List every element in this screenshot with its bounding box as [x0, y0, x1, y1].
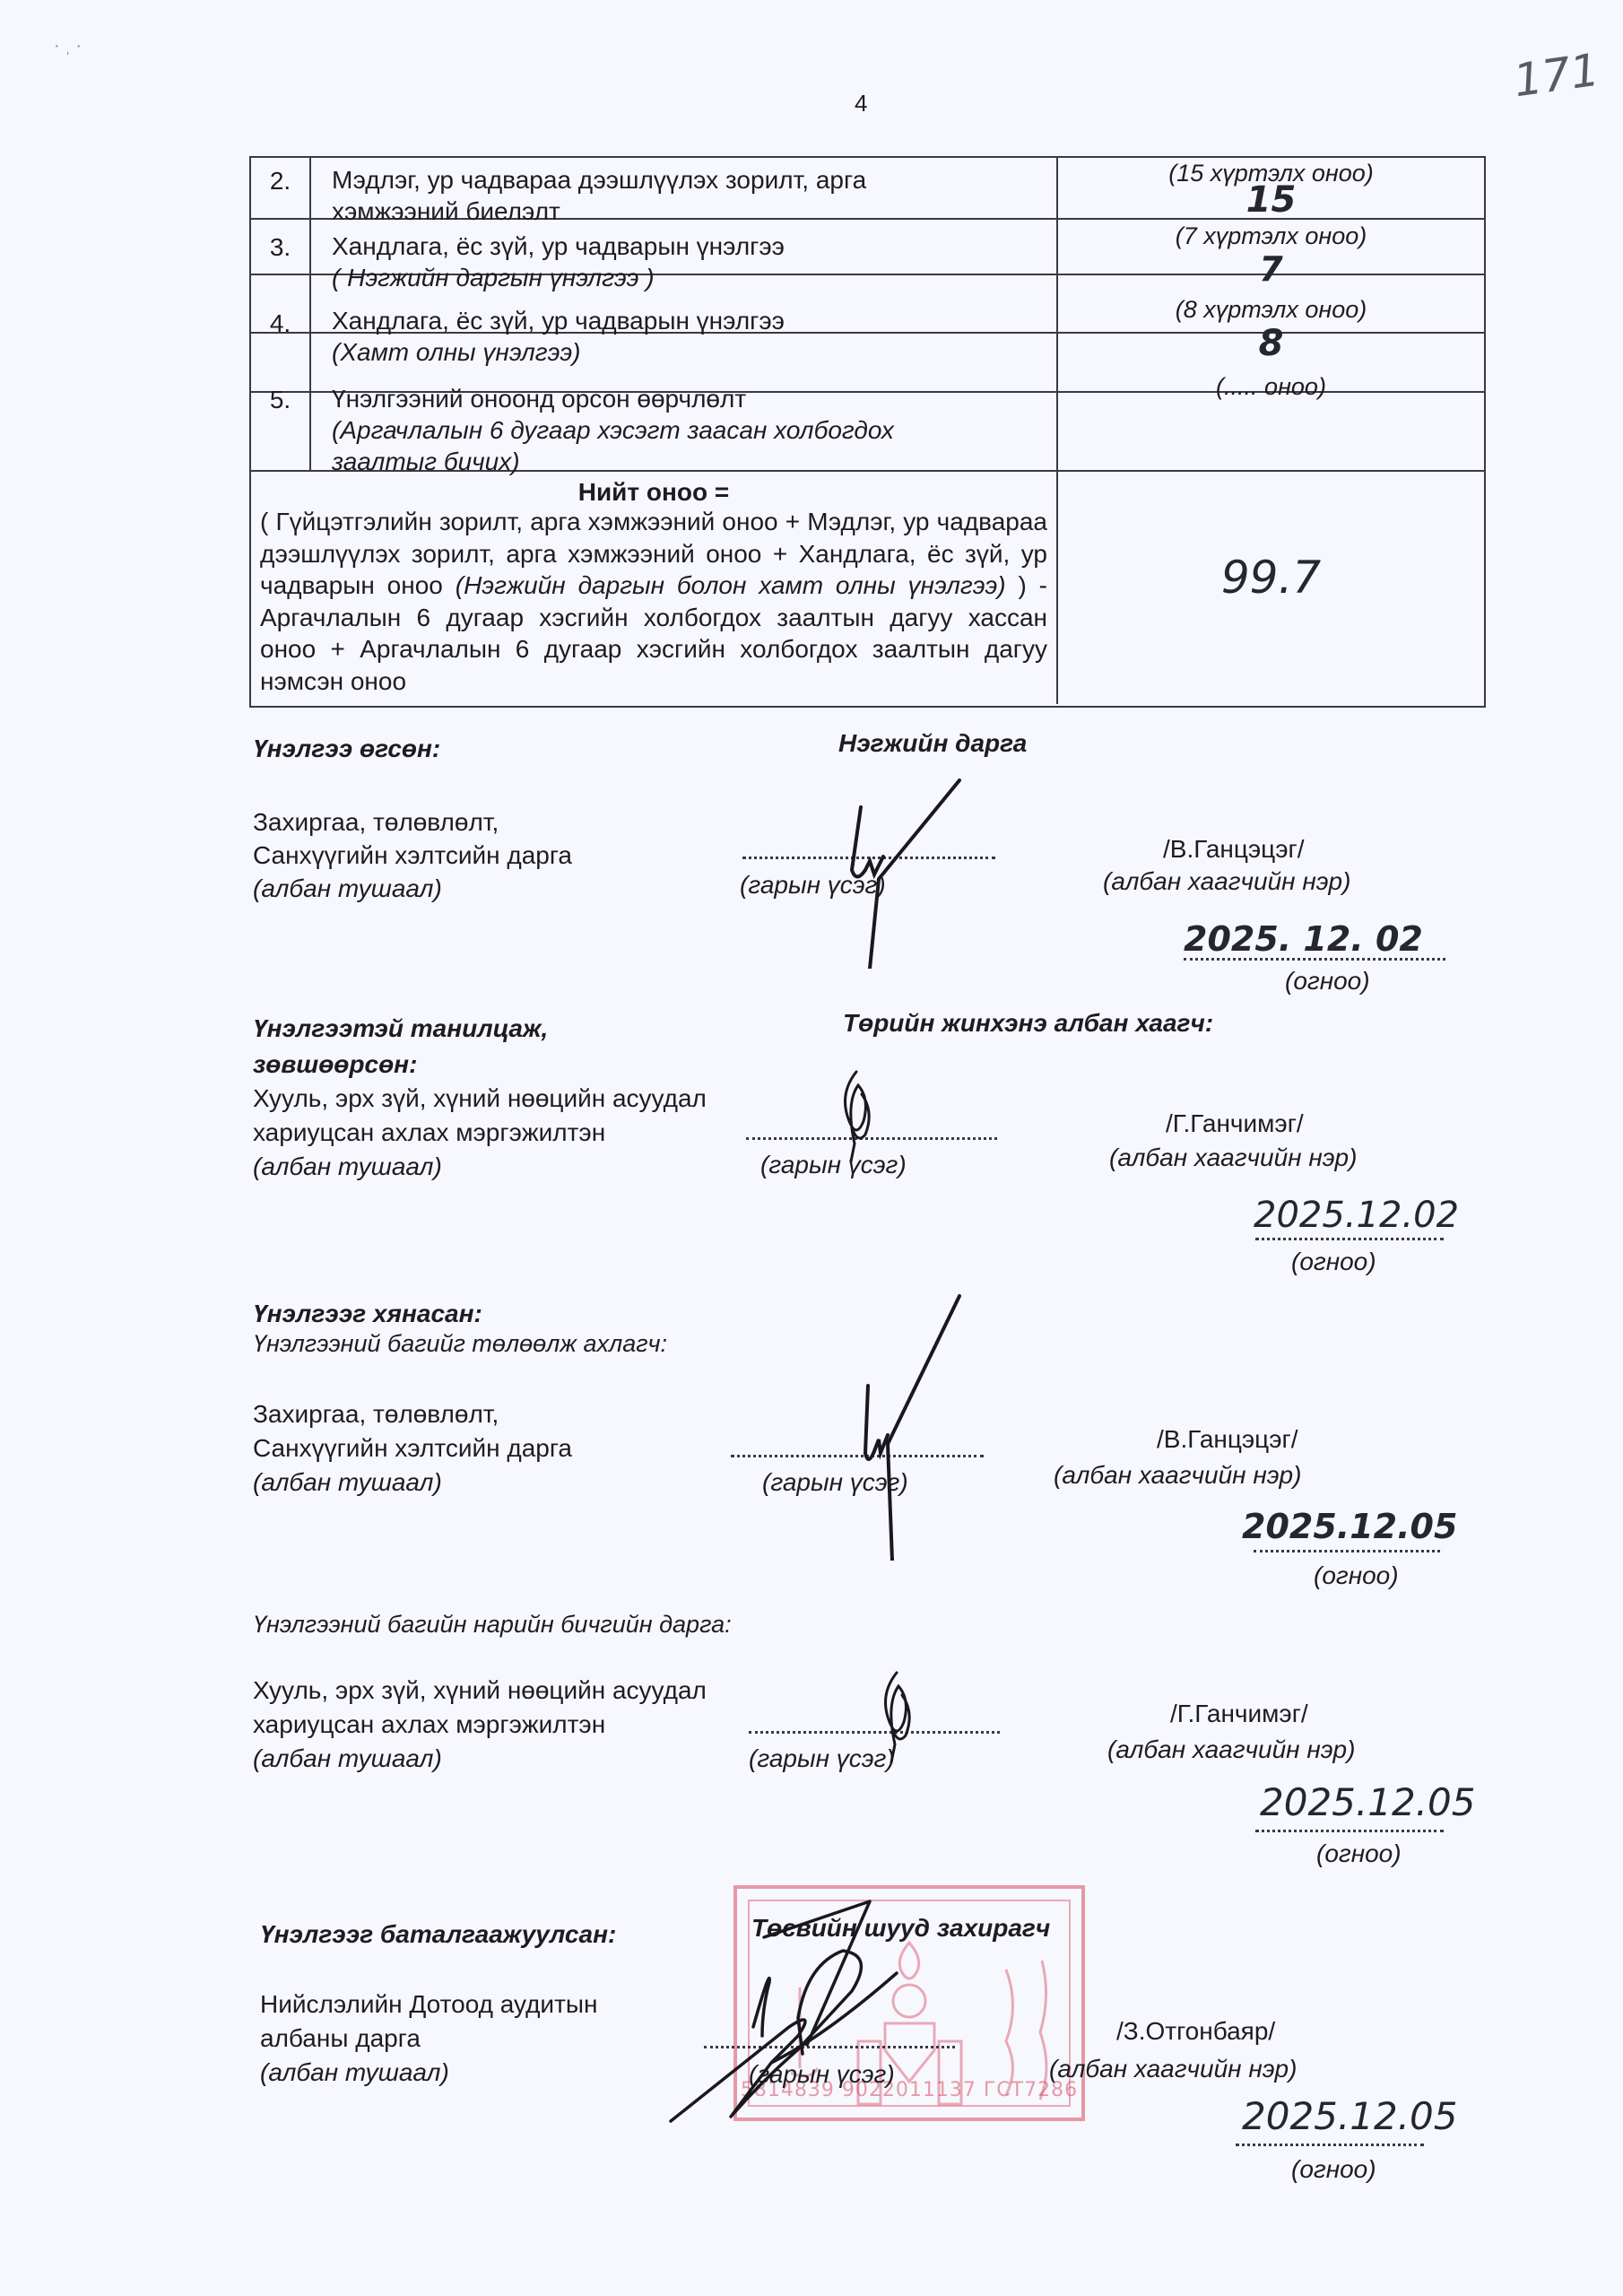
- section-subheading: Үнэлгээний багийн нарийн бичгийн дарга:: [253, 1610, 732, 1639]
- position-label: (албан тушаал): [253, 1467, 442, 1498]
- handwritten-score: 15: [1058, 179, 1484, 221]
- criterion-line: Үнэлгээний оноонд орсон өөрчлөлт: [332, 383, 977, 414]
- row-number: 5.: [251, 386, 309, 414]
- signer-role: Төрийн жинхэнэ албан хаагч:: [843, 1008, 1213, 1039]
- signature-icon: [664, 1883, 950, 2126]
- section-heading: зөвшөөрсөн:: [253, 1049, 417, 1080]
- date-line: [1236, 2144, 1424, 2146]
- date-line: [1255, 1238, 1444, 1240]
- criterion-subline: ( Нэгжийн даргын үнэлгээ ): [332, 262, 1040, 293]
- handwritten-date: 2025.12.05: [1242, 2094, 1457, 2138]
- row-number: 3.: [251, 233, 309, 262]
- criterion-line: хэмжээний биелэлт: [332, 196, 979, 227]
- date-line: [1254, 1550, 1440, 1552]
- employee-name-label: (албан хаагчийн нэр): [1054, 1460, 1301, 1491]
- signature-icon: [870, 1668, 924, 1767]
- criterion-subline: (Аргачлалын 6 дугаар хэсэгт заасан холбо…: [332, 414, 977, 477]
- total-score-formula: ( Гүйцэтгэлийн зорилт, арга хэмжээний он…: [260, 506, 1047, 697]
- handwritten-total-score: 99.7: [1058, 552, 1484, 604]
- scan-artifact: · ˌ ·: [54, 36, 82, 57]
- handwritten-score: 7: [1058, 249, 1484, 289]
- handwritten-date: 2025.12.05: [1242, 1507, 1457, 1546]
- position-line: Санхүүгийн хэлтсийн дарга: [253, 1433, 572, 1464]
- position-line: Захиргаа, төлөвлөлт,: [253, 807, 499, 838]
- employee-name-label: (албан хаагчийн нэр): [1103, 866, 1350, 897]
- page-number: 4: [855, 90, 867, 117]
- position-label: (албан тушаал): [260, 2057, 449, 2088]
- employee-name: /Г.Ганчимэг/: [1166, 1109, 1304, 1139]
- employee-name-label: (албан хаагчийн нэр): [1107, 1735, 1355, 1765]
- row-criterion-text: Хандлага, ёс зүй, ур чадварын үнэлгээ (Х…: [332, 305, 1040, 368]
- criterion-subline: (Хамт олны үнэлгээ): [332, 336, 1040, 368]
- criterion-line: Мэдлэг, ур чадвараа дээшлүүлэх зорилт, а…: [332, 164, 979, 196]
- max-score-label: (..... оноо): [1058, 373, 1484, 401]
- handwritten-score: 8: [1058, 323, 1484, 364]
- section-heading: Үнэлгээтэй танилцаж,: [253, 1013, 548, 1044]
- date-label: (огноо): [1314, 1561, 1399, 1591]
- table-col-divider: [309, 156, 311, 470]
- date-label: (огноо): [1291, 2154, 1376, 2185]
- position-line: хариуцсан ахлах мэргэжилтэн: [253, 1118, 605, 1148]
- handwritten-date: 2025.12.05: [1260, 1780, 1475, 1824]
- max-score-label: (7 хүртэлх оноо): [1058, 222, 1484, 250]
- date-label: (огноо): [1285, 966, 1370, 996]
- employee-name: /В.Ганцэцэг/: [1157, 1424, 1298, 1455]
- position-line: хариуцсан ахлах мэргэжилтэн: [253, 1709, 605, 1740]
- formula-italic-text: (Нэгжийн даргын болон хамт олны үнэлгээ): [456, 571, 1006, 599]
- total-score-title: Нийт оноо =: [251, 478, 1056, 507]
- section-heading: Үнэлгээ өгсөн:: [253, 734, 440, 764]
- position-label: (албан тушаал): [253, 874, 442, 904]
- employee-name-label: (албан хаагчийн нэр): [1109, 1143, 1357, 1173]
- handwritten-folio-number: 171: [1510, 44, 1602, 108]
- row-criterion-text: Мэдлэг, ур чадвараа дээшлүүлэх зорилт, а…: [332, 164, 979, 227]
- row-criterion-text: Хандлага, ёс зүй, ур чадварын үнэлгээ ( …: [332, 230, 1040, 293]
- row-number: 2.: [251, 167, 309, 196]
- signature-icon: [829, 1067, 883, 1166]
- position-line: Захиргаа, төлөвлөлт,: [253, 1399, 499, 1430]
- signature-icon: [834, 771, 977, 969]
- position-line: Санхүүгийн хэлтсийн дарга: [253, 840, 572, 871]
- handwritten-date: 2025.12.02: [1254, 1195, 1459, 1236]
- date-label: (огноо): [1291, 1247, 1376, 1277]
- section-heading: Үнэлгээг баталгаажуулсан:: [260, 1919, 616, 1950]
- position-label: (албан тушаал): [253, 1744, 442, 1774]
- max-score-label: (8 хүртэлх оноо): [1058, 296, 1484, 324]
- employee-name: /Г.Ганчимэг/: [1170, 1699, 1308, 1729]
- position-line: Нийслэлийн Дотоод аудитын: [260, 1989, 597, 2020]
- signature-icon: [852, 1291, 977, 1561]
- criterion-line: Хандлага, ёс зүй, ур чадварын үнэлгээ: [332, 230, 1040, 262]
- position-line: албаны дарга: [260, 2023, 421, 2054]
- signer-role: Нэгжийн дарга: [838, 728, 1027, 759]
- section-subheading: Үнэлгээний багийг төлөөлж ахлагч:: [253, 1329, 667, 1359]
- employee-name: /З.Отгонбаяр/: [1116, 2016, 1275, 2047]
- position-label: (албан тушаал): [253, 1152, 442, 1182]
- position-line: Хууль, эрх зүй, хүний нөөцийн асуудал: [253, 1083, 707, 1114]
- section-heading: Үнэлгээг хянасан:: [253, 1299, 482, 1329]
- employee-name: /В.Ганцэцэг/: [1163, 834, 1305, 865]
- row-criterion-text: Үнэлгээний оноонд орсон өөрчлөлт (Аргачл…: [332, 383, 977, 477]
- date-label: (огноо): [1316, 1839, 1402, 1869]
- row-number: 4.: [251, 309, 309, 338]
- position-line: Хууль, эрх зүй, хүний нөөцийн асуудал: [253, 1675, 707, 1706]
- criterion-line: Хандлага, ёс зүй, ур чадварын үнэлгээ: [332, 305, 1040, 336]
- employee-name-label: (албан хаагчийн нэр): [1049, 2054, 1297, 2084]
- handwritten-date: 2025. 12. 02: [1184, 919, 1423, 959]
- date-line: [1255, 1830, 1444, 1832]
